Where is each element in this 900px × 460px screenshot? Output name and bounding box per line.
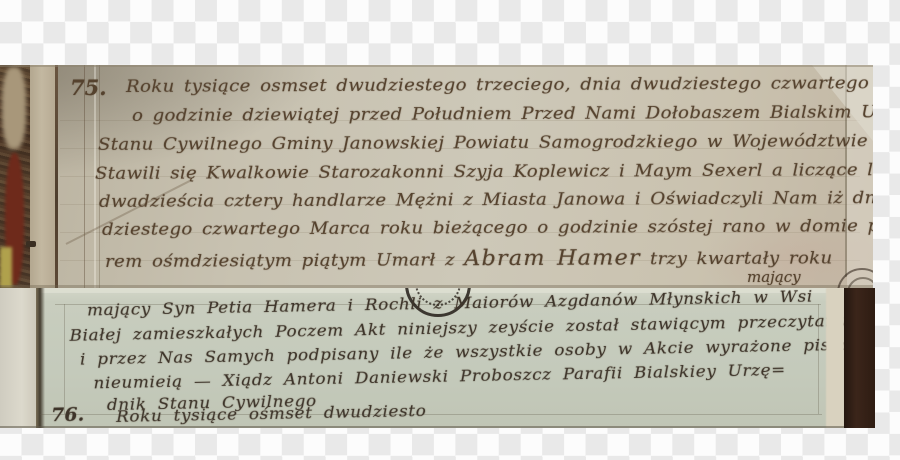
round-seal-icon <box>833 265 873 288</box>
manuscript-line: dwadzieścia cztery handlarze Mężni z Mia… <box>99 189 873 213</box>
manuscript-line: Roku tysiące ośmset dwudziesto <box>116 402 427 426</box>
lower-page-scan: mający Syn Petia Hamera i Rochli z Maior… <box>0 288 875 428</box>
manuscript-line: Roku tysiące osmset dwudziestego trzecie… <box>126 74 873 98</box>
manuscript-line: Stanu Cywilnego Gminy Janowskiej Powiatu… <box>98 132 873 156</box>
binding-yellow-stain <box>0 247 12 288</box>
lower-text-block: mający Syn Petia Hamera i Rochli z Maior… <box>0 288 875 428</box>
catchword: mający <box>747 269 801 286</box>
paper-bottom-edge <box>0 426 844 428</box>
line-text: trzy kwartały roku <box>641 248 833 269</box>
upper-page-scan: 75. Roku tysiące osmset dwudziestego trz… <box>0 65 873 288</box>
page-edge-dark-line <box>55 65 58 288</box>
paper-top-edge <box>0 65 873 67</box>
book-gutter-dark <box>844 288 875 428</box>
torn-edge-right <box>826 288 844 428</box>
page-edge-strip <box>30 65 56 288</box>
act-number: 75. <box>70 76 107 100</box>
page-canvas: 75. Roku tysiące osmset dwudziestego trz… <box>0 0 900 460</box>
manuscript-line: o godzinie dziewiątej przed Południem Pr… <box>132 103 873 127</box>
deceased-name: Abram Hamer <box>464 245 641 270</box>
manuscript-line: Stawili się Kwalkowie Starozakonni Szyja… <box>95 161 873 184</box>
manuscript-line-with-name: rem ośmdziesiątym piątym Umarł z Abram H… <box>105 244 833 272</box>
manuscript-line: dziestego czwartego Marca roku bieżącego… <box>102 217 873 241</box>
ink-blot <box>26 241 36 247</box>
line-text: rem ośmdziesiątym piątym Umarł z <box>105 250 464 272</box>
binding-torn-paper <box>2 67 26 149</box>
next-act-number: 76. <box>51 405 84 427</box>
